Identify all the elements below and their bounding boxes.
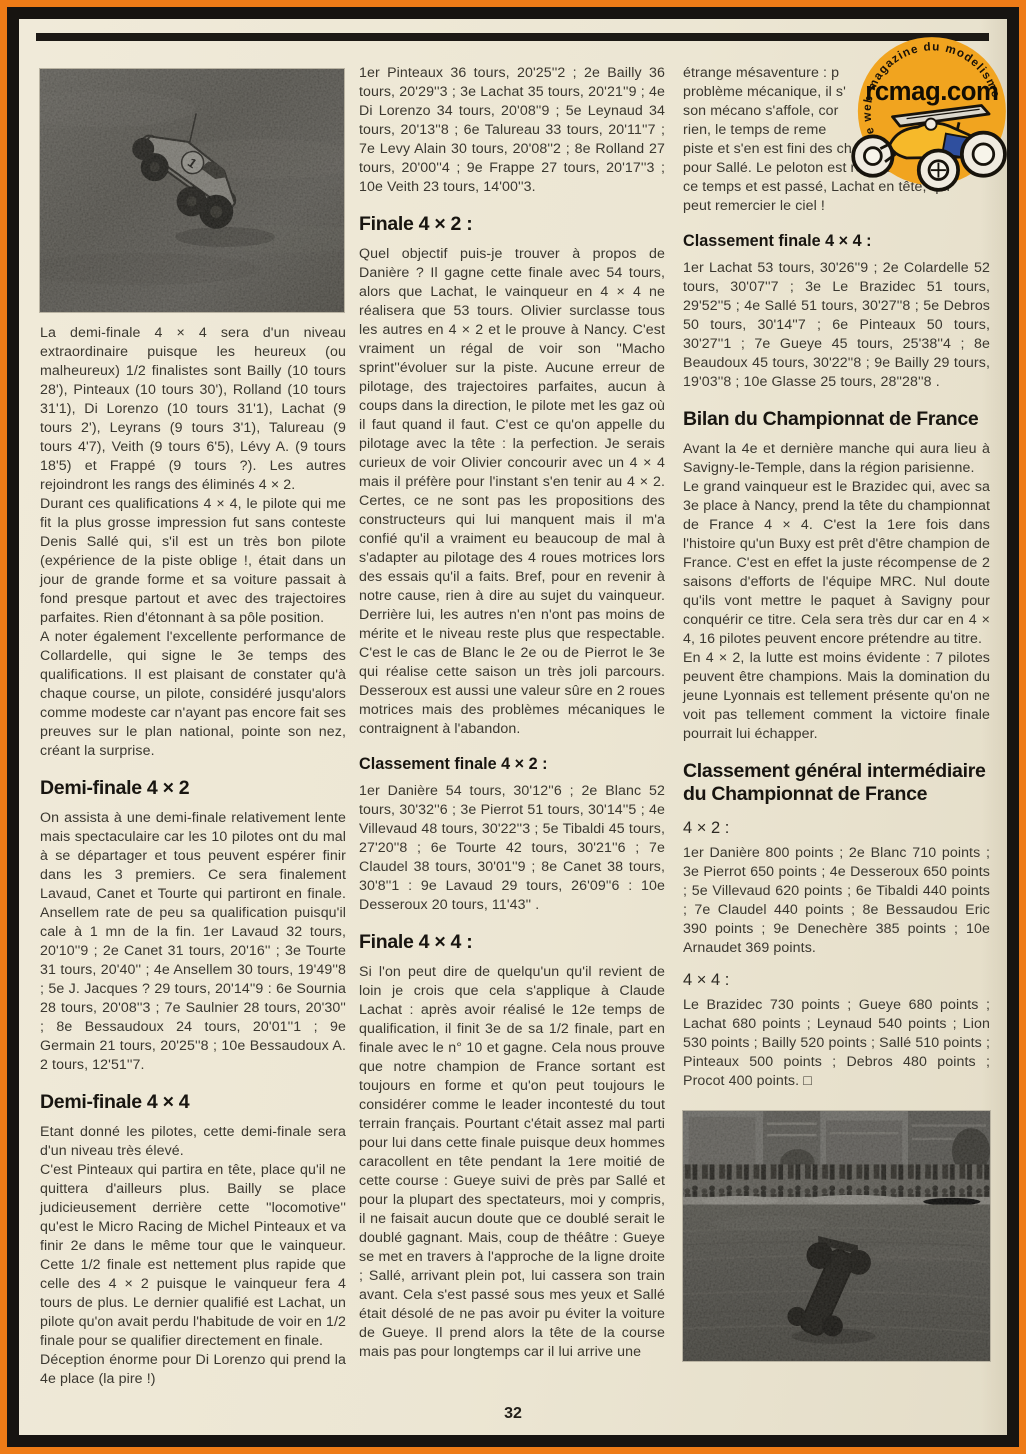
heading-demi-finale-4x2: Demi-finale 4 × 2 [40,777,346,800]
photo-rc-buggy-jump: 1 [40,69,344,312]
heading-finale-4x2: Finale 4 × 2 : [359,213,665,236]
heading-demi-finale-4x4: Demi-finale 4 × 4 [40,1091,346,1114]
paragraph: Avant la 4e et dernière manche qui aura … [683,440,990,478]
rcmag-logo-graphic: Le web magazine du modelisme rcmag.com [841,21,1007,205]
paragraph: La demi-finale 4 × 4 sera d'un niveau ex… [40,324,346,495]
heading-classement-finale-4x2: Classement finale 4 × 2 : [359,754,665,774]
subheading-4x4: 4 × 4 : [683,971,990,990]
paragraph: 1er Danière 54 tours, 30'12''6 ; 2e Blan… [359,782,665,915]
paragraph: Déception énorme pour Di Lorenzo qui pre… [40,1351,346,1389]
paragraph: Si l'on peut dire de quelqu'un qu'il rev… [359,963,665,1362]
paragraph: A noter également l'excellente performan… [40,628,346,761]
paragraph: 1er Pinteaux 36 tours, 20'25''2 ; 2e Bai… [359,64,665,197]
paragraph: Quel objectif puis-je trouver à propos d… [359,245,665,739]
paragraph: 1er Lachat 53 tours, 30'26''9 ; 2e Colar… [683,259,990,392]
subheading-4x2: 4 × 2 : [683,819,990,838]
page-outer-border: Le web magazine du modelisme rcmag.com [0,0,1026,1454]
photo-rc-buggy-crash [683,1111,990,1361]
heading-finale-4x4: Finale 4 × 4 : [359,931,665,954]
paragraph: 1er Danière 800 points ; 2e Blanc 710 po… [683,844,990,958]
rcmag-logo: Le web magazine du modelisme rcmag.com [841,21,1007,205]
column-2: 1er Pinteaux 36 tours, 20'25''2 ; 2e Bai… [359,64,665,1362]
page-frame: Le web magazine du modelisme rcmag.com [7,7,1019,1447]
paragraph: Durant ces qualifications 4 × 4, le pilo… [40,495,346,628]
page-number: 32 [19,1405,1007,1423]
column-1: 1 La demi-finale 4 × 4 sera d'un niveau … [40,64,346,1389]
paragraph: C'est Pinteaux qui partira en tête, plac… [40,1161,346,1351]
paragraph: En 4 × 2, la lutte est moins évidente : … [683,649,990,744]
heading-classement-finale-4x4: Classement finale 4 × 4 : [683,231,990,251]
paragraph: On assista à une demi-finale relativemen… [40,809,346,1075]
paragraph: Le grand vainqueur est le Brazidec qui, … [683,478,990,649]
heading-classement-general: Classement général intermédiaire du Cham… [683,760,990,806]
magazine-page: Le web magazine du modelisme rcmag.com [19,19,1007,1435]
paragraph: Etant donné les pilotes, cette demi-fina… [40,1123,346,1161]
heading-bilan-championnat: Bilan du Championnat de France [683,408,990,431]
paragraph: Le Brazidec 730 points ; Gueye 680 point… [683,996,990,1091]
logo-domain-text: rcmag.com [865,78,998,106]
column-3: étrange mésaventure : p problème mécaniq… [683,64,990,1361]
